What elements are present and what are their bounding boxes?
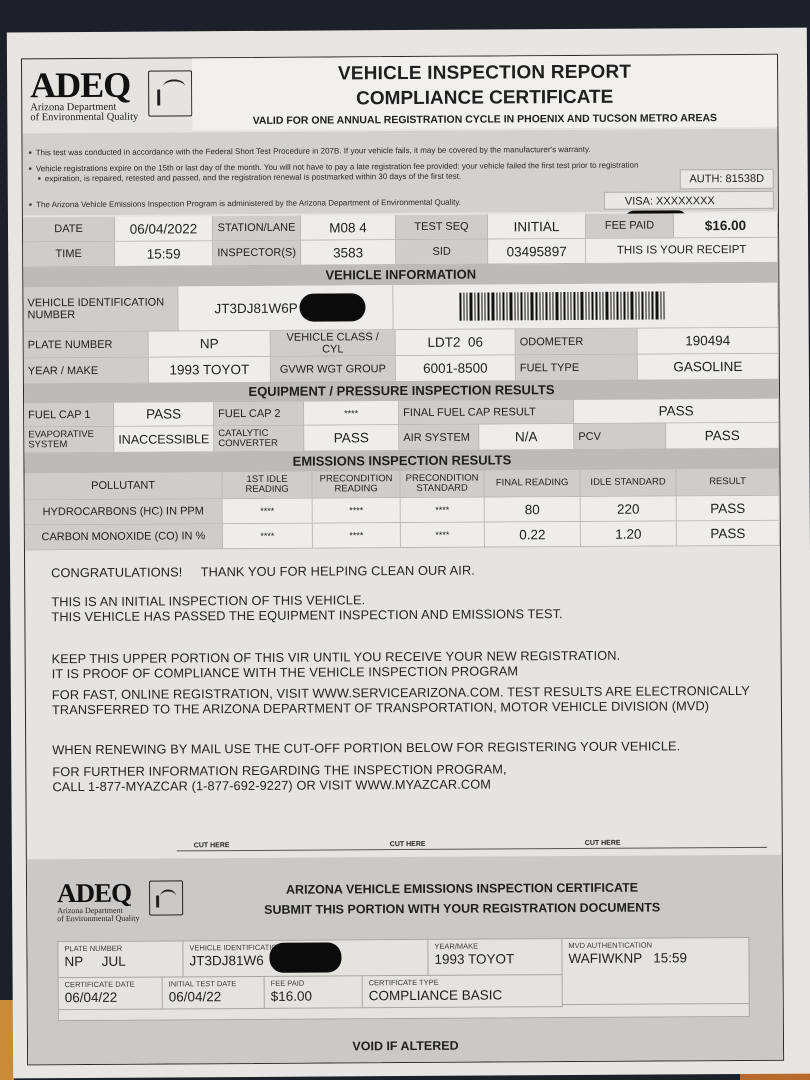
- emissions-column-header: RESULT: [676, 469, 779, 496]
- air-system-value: N/A: [479, 424, 574, 450]
- title-block: VEHICLE INSPECTION REPORT COMPLIANCE CER…: [192, 55, 777, 131]
- emissions-cell: ****: [223, 499, 313, 524]
- stub-year-make-label: YEAR/MAKE: [434, 941, 555, 951]
- vin-value-cell: JT3DJ81W6P: [178, 285, 393, 330]
- station-value: M08 4: [301, 215, 396, 240]
- congrats-line: CONGRATULATIONS! THANK YOU FOR HELPING C…: [51, 563, 475, 581]
- evap-value: INACCESSIBLE: [114, 426, 214, 452]
- vehicle-info-table: VEHICLE IDENTIFICATION NUMBER JT3DJ81W6P…: [23, 283, 779, 385]
- emissions-column-header: PRECONDITION STANDARD: [400, 471, 484, 498]
- date-label: DATE: [23, 217, 115, 242]
- fee-label: FEE PAID: [586, 213, 674, 238]
- cut-here-label: CUT HERE: [584, 840, 622, 847]
- adeq-logo: ADEQ Arizona Department of Environmental…: [30, 66, 190, 127]
- mail-renewal-text: WHEN RENEWING BY MAIL USE THE CUT-OFF PO…: [52, 738, 680, 757]
- year-make-value: 1993 TOYOT: [149, 357, 271, 383]
- vehicle-class-value: LDT2 06: [396, 329, 516, 355]
- sid-label: SID: [396, 240, 488, 265]
- catalytic-label: CATALYTICCONVERTER: [214, 426, 304, 452]
- stub-initial-date-value: 06/04/22: [169, 989, 258, 1005]
- arizona-map-icon: [149, 880, 183, 915]
- inspector-label: INSPECTOR(S): [213, 241, 301, 266]
- stub-vin-cell: VEHICLE IDENTIFICATION JT3DJ81W6: [183, 940, 428, 977]
- void-if-altered: VOID IF ALTERED: [28, 1037, 783, 1056]
- stub-plate-value: NP JUL: [64, 953, 176, 969]
- report-title: VEHICLE INSPECTION REPORT: [192, 61, 777, 87]
- stub-fee-label: FEE PAID: [271, 978, 356, 988]
- emissions-cell: 1.20: [581, 521, 677, 546]
- stub-cert-type-cell: CERTIFICATE TYPE COMPLIANCE BASIC: [363, 975, 563, 1008]
- test-seq-value: INITIAL: [488, 214, 586, 239]
- barcode-cell: [393, 283, 778, 329]
- final-fuel-cap-label: FINAL FUEL CAP RESULT: [399, 400, 574, 424]
- emissions-cell: PASS: [677, 496, 780, 521]
- odometer-label: ODOMETER: [516, 329, 638, 355]
- emissions-column-header: 1ST IDLE READING: [223, 472, 313, 499]
- stub-mvd-value: WAFIWKNP 15:59: [568, 950, 742, 966]
- catalytic-value: PASS: [304, 425, 399, 451]
- cut-here-label: CUT HERE: [389, 841, 427, 848]
- stub-mvd-cell: MVD AUTHENTICATION WAFIWKNP 15:59: [562, 938, 748, 1005]
- equipment-table: FUEL CAP 1 PASS FUEL CAP 2 **** FINAL FU…: [24, 399, 779, 454]
- redaction-mark: [269, 942, 341, 972]
- logo-wordmark: ADEQ: [57, 878, 217, 907]
- air-system-label: AIR SYSTEM: [399, 425, 479, 450]
- note-text: expiration, is repaired, retested and pa…: [45, 172, 461, 184]
- inspection-report-paper: ADEQ Arizona Department of Environmental…: [7, 28, 810, 1079]
- barcode: [459, 291, 666, 320]
- stub-vin-value: JT3DJ81W6: [189, 953, 263, 968]
- stub-cert-type-label: CERTIFICATE TYPE: [369, 977, 556, 987]
- emissions-cell: ****: [223, 524, 313, 549]
- emissions-column-header: FINAL READING: [484, 470, 580, 497]
- emissions-cell: PASS: [677, 521, 780, 546]
- emissions-cell: ****: [401, 523, 485, 548]
- passed-text: THIS VEHICLE HAS PASSED THE EQUIPMENT IN…: [51, 606, 563, 624]
- fuel-type-label: FUEL TYPE: [516, 355, 638, 381]
- stub-year-make-value: 1993 TOYOT: [434, 951, 555, 967]
- emissions-column-header: IDLE STANDARD: [580, 469, 676, 496]
- fee-value: $16.00: [674, 213, 778, 238]
- note-item-continued: expiration, is repaired, retested and pa…: [29, 171, 461, 185]
- stub-fee-value: $16.00: [271, 988, 356, 1004]
- cut-here-label: CUT HERE: [193, 842, 231, 849]
- thanks-text: THANK YOU FOR HELPING CLEAN OUR AIR.: [201, 563, 475, 580]
- evap-label: EVAPORATIVESYSTEM: [24, 427, 114, 453]
- stub-vin-line: JT3DJ81W6: [189, 952, 421, 968]
- emissions-column-header: POLLUTANT: [25, 472, 223, 499]
- time-label: TIME: [23, 242, 115, 267]
- odometer-value: 190494: [638, 328, 779, 354]
- stub-title-line2: SUBMIT THIS PORTION WITH YOUR REGISTRATI…: [237, 897, 687, 920]
- stub-initial-date-cell: INITIAL TEST DATE 06/04/22: [163, 977, 265, 1010]
- stub-fee-cell: FEE PAID $16.00: [265, 976, 363, 1009]
- vin-value: JT3DJ81W6P: [214, 300, 297, 316]
- gvwr-label: GVWR WGT GROUP: [271, 356, 396, 382]
- redaction-mark: [300, 293, 366, 321]
- evap-label-line2: SYSTEM: [28, 440, 67, 450]
- emissions-cell: 0.22: [485, 522, 581, 547]
- test-info-table: DATE 06/04/2022 STATION/LANE M08 4 TEST …: [23, 213, 778, 268]
- fuel-cap1-value: PASS: [114, 402, 214, 426]
- auth-code: AUTH: 81538D: [680, 169, 774, 190]
- emissions-cell: HYDROCARBONS (HC) IN PPM: [25, 499, 223, 524]
- emissions-cell: ****: [313, 523, 401, 548]
- emissions-cell: ****: [313, 498, 401, 523]
- emissions-table: POLLUTANT1ST IDLE READINGPRECONDITION RE…: [25, 469, 780, 551]
- plate-value: NP: [149, 331, 271, 357]
- fuel-cap1-label: FUEL CAP 1: [24, 403, 114, 427]
- notes-section: This test was conducted in accordance wi…: [22, 129, 777, 216]
- validity-note: VALID FOR ONE ANNUAL REGISTRATION CYCLE …: [192, 112, 777, 128]
- gvwr-value: 6001-8500: [396, 355, 516, 381]
- emissions-cell: 220: [581, 496, 677, 521]
- receipt-note: THIS IS YOUR RECEIPT: [586, 238, 778, 263]
- stub-cert-date-cell: CERTIFICATE DATE 06/04/22: [59, 978, 163, 1011]
- emissions-cell: CARBON MONOXIDE (CO) IN %: [25, 524, 223, 549]
- fuel-type-value: GASOLINE: [638, 354, 779, 380]
- congrats-text: CONGRATULATIONS!: [51, 564, 182, 580]
- pcv-value: PASS: [666, 423, 779, 449]
- stub-title-line1: ARIZONA VEHICLE EMISSIONS INSPECTION CER…: [237, 877, 687, 900]
- stub-cert-type-value: COMPLIANCE BASIC: [369, 987, 556, 1003]
- station-label: STATION/LANE: [213, 216, 301, 241]
- stub-year-make-cell: YEAR/MAKE 1993 TOYOT: [428, 939, 562, 976]
- registration-stub: ADEQ Arizona Department of Environmental…: [27, 855, 783, 1065]
- contact-info-text: CALL 1-877-MYAZCAR (1-877-692-9227) OR V…: [52, 777, 491, 795]
- vin-label: VEHICLE IDENTIFICATION NUMBER: [23, 286, 178, 331]
- time-value: 15:59: [115, 241, 213, 266]
- visa-card-box: VISA: XXXXXXXX: [604, 191, 774, 210]
- emissions-cell: 80: [485, 497, 581, 522]
- note-item: The Arizona Vehicle Emissions Inspection…: [29, 197, 461, 211]
- plate-label: PLATE NUMBER: [24, 332, 149, 358]
- visa-number: VISA: XXXXXXXX: [625, 195, 715, 208]
- logo-subtitle-2: of Environmental Quality: [57, 914, 217, 923]
- report-subtitle: COMPLIANCE CERTIFICATE: [192, 86, 777, 112]
- fuel-cap2-value: ****: [304, 401, 399, 425]
- emissions-cell: ****: [401, 498, 485, 523]
- stub-title: ARIZONA VEHICLE EMISSIONS INSPECTION CER…: [237, 877, 687, 920]
- emissions-column-header: PRECONDITION READING: [313, 471, 401, 498]
- cut-line: [177, 847, 767, 852]
- stub-initial-date-label: INITIAL TEST DATE: [169, 979, 258, 989]
- mvd-transfer-text: TRANSFERRED TO THE ARIZONA DEPARTMENT OF…: [52, 698, 709, 717]
- stub-table: PLATE NUMBER NP JUL VEHICLE IDENTIFICATI…: [57, 937, 749, 1021]
- fuel-cap2-label: FUEL CAP 2: [214, 402, 304, 426]
- cat-label-line2: CONVERTER: [218, 438, 278, 448]
- emissions-row: CARBON MONOXIDE (CO) IN %************0.2…: [25, 521, 780, 551]
- arizona-map-icon: [148, 70, 192, 116]
- final-fuel-cap-value: PASS: [574, 399, 779, 423]
- proof-compliance-text: IT IS PROOF OF COMPLIANCE WITH THE VEHIC…: [52, 663, 518, 681]
- keep-portion-text: KEEP THIS UPPER PORTION OF THIS VIR UNTI…: [52, 648, 621, 666]
- vehicle-class-label: VEHICLE CLASS / CYL: [271, 330, 396, 356]
- sid-value: 03495897: [488, 239, 586, 264]
- inspector-value: 3583: [301, 240, 396, 265]
- stub-plate-label: PLATE NUMBER: [64, 943, 176, 953]
- year-make-label: YEAR / MAKE: [24, 358, 149, 384]
- date-value: 06/04/2022: [115, 216, 213, 241]
- adeq-logo-small: ADEQ Arizona Department of Environmental…: [57, 878, 217, 939]
- note-item: This test was conducted in accordance wi…: [29, 144, 591, 158]
- report-header: ADEQ Arizona Department of Environmental…: [22, 55, 777, 140]
- stub-cert-date-label: CERTIFICATE DATE: [65, 980, 156, 990]
- stub-mvd-label: MVD AUTHENTICATION: [568, 940, 742, 950]
- stub-plate-cell: PLATE NUMBER NP JUL: [58, 941, 183, 978]
- report-frame: ADEQ Arizona Department of Environmental…: [21, 54, 784, 1066]
- test-seq-label: TEST SEQ: [396, 215, 488, 240]
- pcv-label: PCV: [574, 423, 666, 449]
- stub-cert-date-value: 06/04/22: [65, 990, 156, 1006]
